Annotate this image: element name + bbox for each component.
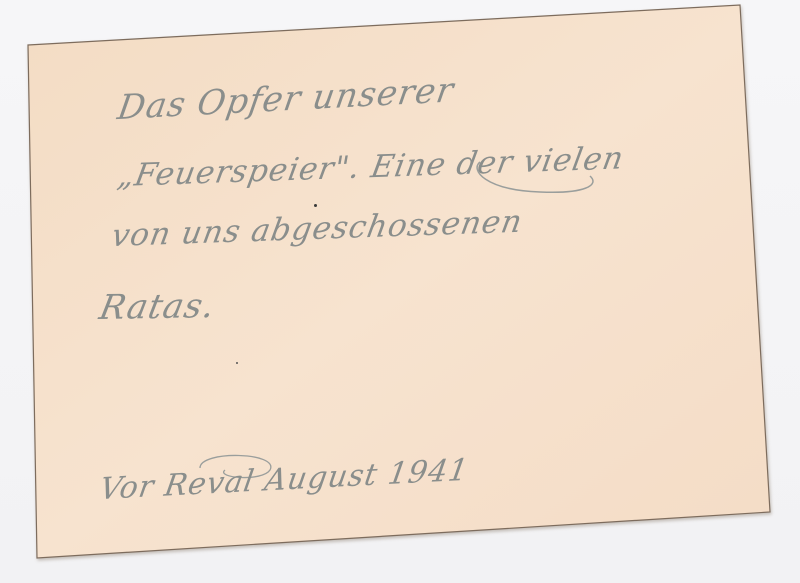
- ink-speck: [236, 362, 238, 364]
- handwritten-line-4: Ratas.: [96, 286, 219, 328]
- ink-speck: [314, 204, 317, 207]
